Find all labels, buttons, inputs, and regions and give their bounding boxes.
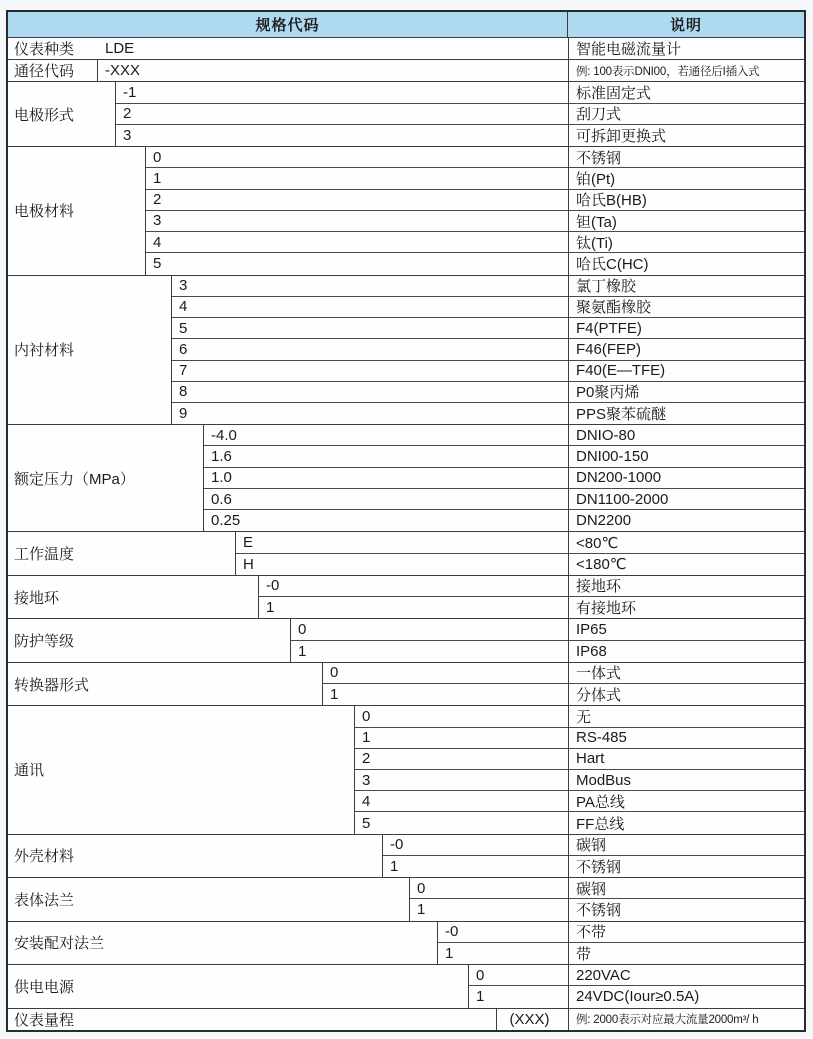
section-label-electrode-form: 电极形式 bbox=[8, 82, 116, 146]
desc-cell: 哈氏C(HC) bbox=[569, 253, 804, 274]
desc-cell: 例: 2000表示对应最大流量2000m³/ h bbox=[569, 1009, 804, 1030]
code-cell: 1 bbox=[259, 597, 568, 618]
section-electrode-form: 电极形式-123标准固定式刮刀式可拆卸更换式 bbox=[8, 82, 804, 147]
section-label-meter-type: 仪表种类 bbox=[8, 38, 98, 59]
code-cell: 6 bbox=[172, 339, 568, 360]
code-cell: 3 bbox=[146, 211, 568, 232]
desc-cell: F4(PTFE) bbox=[569, 318, 804, 339]
desc-cell: <180℃ bbox=[569, 554, 804, 575]
code-cell: 1.0 bbox=[204, 468, 568, 489]
section-grounding-ring: 接地环-01接地环有接地环 bbox=[8, 576, 804, 619]
code-cell: 5 bbox=[355, 812, 568, 833]
code-cell: 7 bbox=[172, 361, 568, 382]
section-electrode-material: 电极材料012345不锈钢铂(Pt)哈氏B(HB)钽(Ta)钛(Ti)哈氏C(H… bbox=[8, 147, 804, 275]
desc-cell: 聚氨酯橡胶 bbox=[569, 297, 804, 318]
descriptions-column: 氯丁橡胶聚氨酯橡胶F4(PTFE)F46(FEP)F40(E—TFE)P0聚丙烯… bbox=[568, 276, 804, 425]
desc-cell: 钽(Ta) bbox=[569, 211, 804, 232]
code-cell: 2 bbox=[355, 749, 568, 770]
section-meter-type: 仪表种类LDE智能电磁流量计 bbox=[8, 38, 804, 60]
desc-cell: 不锈钢 bbox=[569, 856, 804, 877]
section-meter-range: 仪表量程(XXX)例: 2000表示对应最大流量2000m³/ h bbox=[8, 1009, 804, 1030]
desc-cell: 智能电磁流量计 bbox=[569, 38, 804, 59]
code-cell: 0 bbox=[323, 663, 568, 684]
code-cell: 2 bbox=[116, 104, 568, 125]
code-cell: 3 bbox=[355, 770, 568, 791]
code-cell: -0 bbox=[383, 835, 568, 856]
section-diameter-code: 通径代码-XXX例: 100表示DNI00，若通径后I插入式 bbox=[8, 60, 804, 82]
code-cell: 9 bbox=[172, 403, 568, 424]
desc-cell: P0聚丙烯 bbox=[569, 382, 804, 403]
code-cell: 0.25 bbox=[204, 510, 568, 531]
section-label-electrode-material: 电极材料 bbox=[8, 147, 146, 274]
descriptions-column: 接地环有接地环 bbox=[568, 576, 804, 618]
section-label-diameter-code: 通径代码 bbox=[8, 60, 98, 81]
descriptions-column: 标准固定式刮刀式可拆卸更换式 bbox=[568, 82, 804, 146]
desc-cell: 钛(Ti) bbox=[569, 232, 804, 253]
desc-cell: 不锈钢 bbox=[569, 899, 804, 920]
code-cell: 5 bbox=[146, 253, 568, 274]
section-body-flange: 表体法兰01碳钢不锈钢 bbox=[8, 878, 804, 921]
code-cell: -XXX bbox=[98, 60, 568, 81]
section-label-mating-flange: 安装配对法兰 bbox=[8, 922, 438, 964]
desc-cell: DN1100-2000 bbox=[569, 489, 804, 510]
model-selection-table: 规格代码 说明 仪表种类LDE智能电磁流量计通径代码-XXX例: 100表示DN… bbox=[6, 10, 806, 1032]
section-housing-material: 外壳材料-01碳钢不锈钢 bbox=[8, 835, 804, 878]
descriptions-column: 不锈钢铂(Pt)哈氏B(HB)钽(Ta)钛(Ti)哈氏C(HC) bbox=[568, 147, 804, 274]
table-header-row: 规格代码 说明 bbox=[8, 12, 804, 38]
section-communication: 通讯012345无RS-485HartModBusPA总线FF总线 bbox=[8, 706, 804, 834]
section-power-supply: 供电电源01220VAC24VDC(Iour≥0.5A) bbox=[8, 965, 804, 1008]
section-label-lining-material: 内衬材料 bbox=[8, 276, 172, 425]
desc-cell: DNI00-150 bbox=[569, 446, 804, 467]
desc-cell: F40(E—TFE) bbox=[569, 361, 804, 382]
section-label-housing-material: 外壳材料 bbox=[8, 835, 383, 877]
desc-cell: <80℃ bbox=[569, 532, 804, 553]
desc-cell: 24VDC(Iour≥0.5A) bbox=[569, 986, 804, 1007]
code-cell: 8 bbox=[172, 382, 568, 403]
codes-column: LDE bbox=[98, 38, 568, 59]
code-cell: -0 bbox=[259, 576, 568, 597]
section-mating-flange: 安装配对法兰-01不带带 bbox=[8, 922, 804, 965]
code-cell: E bbox=[236, 532, 568, 553]
descriptions-column: 碳钢不锈钢 bbox=[568, 878, 804, 920]
code-cell: 4 bbox=[172, 297, 568, 318]
header-spec-code: 规格代码 bbox=[8, 12, 568, 37]
descriptions-column: 无RS-485HartModBusPA总线FF总线 bbox=[568, 706, 804, 833]
code-cell: 0 bbox=[291, 619, 568, 640]
code-cell: -0 bbox=[438, 922, 568, 943]
codes-column: 012345 bbox=[355, 706, 568, 833]
code-cell: 1 bbox=[383, 856, 568, 877]
code-cell: -1 bbox=[116, 82, 568, 103]
section-label-working-temperature: 工作温度 bbox=[8, 532, 236, 574]
codes-column: -01 bbox=[438, 922, 568, 964]
section-converter-form: 转换器形式01一体式分体式 bbox=[8, 663, 804, 706]
section-label-communication: 通讯 bbox=[8, 706, 355, 833]
section-lining-material: 内衬材料3456789氯丁橡胶聚氨酯橡胶F4(PTFE)F46(FEP)F40(… bbox=[8, 276, 804, 426]
code-cell: 0 bbox=[146, 147, 568, 168]
code-cell: 4 bbox=[146, 232, 568, 253]
desc-cell: 可拆卸更换式 bbox=[569, 125, 804, 146]
section-working-temperature: 工作温度EH<80℃<180℃ bbox=[8, 532, 804, 575]
code-cell: 3 bbox=[172, 276, 568, 297]
desc-cell: 有接地环 bbox=[569, 597, 804, 618]
code-cell: 1 bbox=[323, 684, 568, 705]
codes-column: 01 bbox=[410, 878, 568, 920]
desc-cell: 不带 bbox=[569, 922, 804, 943]
codes-column: -4.01.61.00.60.25 bbox=[204, 425, 568, 531]
desc-cell: DNIO-80 bbox=[569, 425, 804, 446]
code-cell: 5 bbox=[172, 318, 568, 339]
codes-column: 01 bbox=[469, 965, 568, 1007]
desc-cell: 氯丁橡胶 bbox=[569, 276, 804, 297]
descriptions-column: 220VAC24VDC(Iour≥0.5A) bbox=[568, 965, 804, 1007]
header-description: 说明 bbox=[568, 12, 804, 37]
desc-cell: 无 bbox=[569, 706, 804, 727]
section-label-meter-range: 仪表量程 bbox=[8, 1009, 497, 1030]
desc-cell: 标准固定式 bbox=[569, 82, 804, 103]
desc-cell: PA总线 bbox=[569, 791, 804, 812]
code-cell: 3 bbox=[116, 125, 568, 146]
desc-cell: IP68 bbox=[569, 641, 804, 662]
code-cell: 1 bbox=[469, 986, 568, 1007]
desc-cell: 接地环 bbox=[569, 576, 804, 597]
desc-cell: RS-485 bbox=[569, 728, 804, 749]
desc-cell: PPS聚苯硫醚 bbox=[569, 403, 804, 424]
codes-column: 01 bbox=[291, 619, 568, 661]
section-label-protection-class: 防护等级 bbox=[8, 619, 291, 661]
desc-cell: 碳钢 bbox=[569, 878, 804, 899]
section-protection-class: 防护等级01IP65IP68 bbox=[8, 619, 804, 662]
code-cell: H bbox=[236, 554, 568, 575]
desc-cell: ModBus bbox=[569, 770, 804, 791]
desc-cell: F46(FEP) bbox=[569, 339, 804, 360]
code-cell: 2 bbox=[146, 190, 568, 211]
code-cell: 1.6 bbox=[204, 446, 568, 467]
codes-column: (XXX) bbox=[497, 1009, 568, 1030]
desc-cell: 分体式 bbox=[569, 684, 804, 705]
section-label-power-supply: 供电电源 bbox=[8, 965, 469, 1007]
codes-column: 012345 bbox=[146, 147, 568, 274]
codes-column: -01 bbox=[259, 576, 568, 618]
desc-cell: Hart bbox=[569, 749, 804, 770]
desc-cell: 刮刀式 bbox=[569, 104, 804, 125]
descriptions-column: DNIO-80DNI00-150DN200-1000DN1100-2000DN2… bbox=[568, 425, 804, 531]
table-body: 仪表种类LDE智能电磁流量计通径代码-XXX例: 100表示DNI00，若通径后… bbox=[8, 38, 804, 1030]
desc-cell: 铂(Pt) bbox=[569, 168, 804, 189]
descriptions-column: 碳钢不锈钢 bbox=[568, 835, 804, 877]
desc-cell: 哈氏B(HB) bbox=[569, 190, 804, 211]
code-cell: 1 bbox=[291, 641, 568, 662]
descriptions-column: 例: 2000表示对应最大流量2000m³/ h bbox=[568, 1009, 804, 1030]
descriptions-column: 一体式分体式 bbox=[568, 663, 804, 705]
descriptions-column: 智能电磁流量计 bbox=[568, 38, 804, 59]
code-cell: 1 bbox=[355, 728, 568, 749]
descriptions-column: <80℃<180℃ bbox=[568, 532, 804, 574]
desc-cell: 例: 100表示DNI00，若通径后I插入式 bbox=[569, 60, 804, 81]
code-cell: 0 bbox=[355, 706, 568, 727]
code-cell: -4.0 bbox=[204, 425, 568, 446]
code-cell: LDE bbox=[98, 38, 568, 59]
desc-cell: 一体式 bbox=[569, 663, 804, 684]
desc-cell: 带 bbox=[569, 943, 804, 964]
codes-column: -XXX bbox=[98, 60, 568, 81]
desc-cell: 不锈钢 bbox=[569, 147, 804, 168]
desc-cell: DN2200 bbox=[569, 510, 804, 531]
desc-cell: IP65 bbox=[569, 619, 804, 640]
code-cell: 1 bbox=[438, 943, 568, 964]
desc-cell: 220VAC bbox=[569, 965, 804, 986]
code-cell: 4 bbox=[355, 791, 568, 812]
code-cell: (XXX) bbox=[497, 1009, 568, 1030]
code-cell: 0 bbox=[410, 878, 568, 899]
section-rated-pressure: 额定压力（MPa）-4.01.61.00.60.25DNIO-80DNI00-1… bbox=[8, 425, 804, 532]
code-cell: 0 bbox=[469, 965, 568, 986]
code-cell: 1 bbox=[146, 168, 568, 189]
codes-column: 01 bbox=[323, 663, 568, 705]
section-label-body-flange: 表体法兰 bbox=[8, 878, 410, 920]
codes-column: 3456789 bbox=[172, 276, 568, 425]
code-cell: 1 bbox=[410, 899, 568, 920]
section-label-rated-pressure: 额定压力（MPa） bbox=[8, 425, 204, 531]
desc-cell: DN200-1000 bbox=[569, 468, 804, 489]
code-cell: 0.6 bbox=[204, 489, 568, 510]
descriptions-column: 不带带 bbox=[568, 922, 804, 964]
desc-cell: FF总线 bbox=[569, 812, 804, 833]
section-label-grounding-ring: 接地环 bbox=[8, 576, 259, 618]
section-label-converter-form: 转换器形式 bbox=[8, 663, 323, 705]
descriptions-column: IP65IP68 bbox=[568, 619, 804, 661]
codes-column: EH bbox=[236, 532, 568, 574]
codes-column: -01 bbox=[383, 835, 568, 877]
scanned-spec-sheet: 规格代码 说明 仪表种类LDE智能电磁流量计通径代码-XXX例: 100表示DN… bbox=[0, 0, 813, 1039]
codes-column: -123 bbox=[116, 82, 568, 146]
desc-cell: 碳钢 bbox=[569, 835, 804, 856]
descriptions-column: 例: 100表示DNI00，若通径后I插入式 bbox=[568, 60, 804, 81]
